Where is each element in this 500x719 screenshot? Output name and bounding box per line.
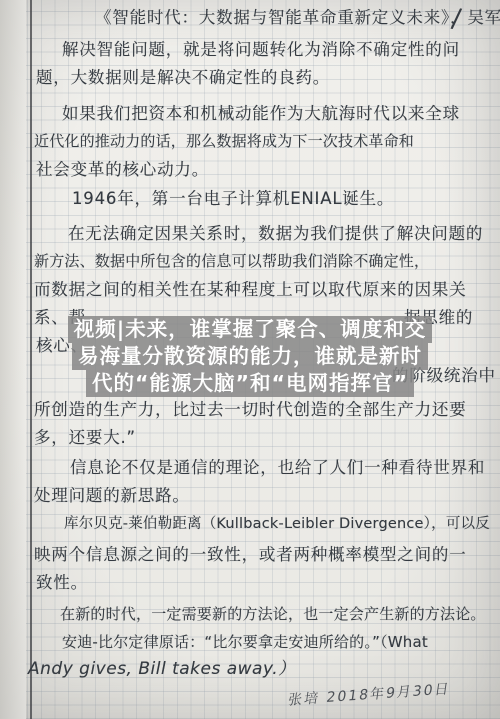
handwritten-line: 社会变革的核心动力。 bbox=[36, 160, 209, 180]
handwritten-line: 信息论不仅是通信的理论，也给了人们一种看待世界和 bbox=[70, 458, 485, 478]
handwritten-line: 致性。 bbox=[36, 573, 88, 593]
handwritten-line: 所创造的生产力，比过去一切时代创造的全部生产力还要 bbox=[34, 400, 467, 420]
handwritten-line: 多，还要大.” bbox=[34, 428, 136, 448]
handwritten-line: 新方法、数据中所包含的信息可以帮助我们消除不确定性， bbox=[34, 252, 429, 270]
notebook-page-photo: 《智能时代：大数据与智能革命重新定义未来》，吴军 / 解决智能问题，就是将问题转… bbox=[0, 0, 500, 719]
handwritten-line: 处理问题的新思路。 bbox=[34, 486, 190, 506]
signature: 张培 2018年9月30日 bbox=[287, 678, 452, 710]
video-caption-overlay: 视频|未来，谁掌握了聚合、调度和交 易海量分散资源的能力，谁就是新时 代的“能源… bbox=[0, 316, 500, 397]
caption-line: 代的“能源大脑”和“电网指挥官” bbox=[86, 370, 414, 397]
caption-line: 视频|未来，谁掌握了聚合、调度和交 bbox=[68, 316, 433, 343]
handwritten-line: 安迪-比尔定律原话：“比尔要拿走安迪所给的。”（What bbox=[62, 633, 428, 651]
handwritten-line: 如果我们把资本和机械动能作为大航海时代以来全球 bbox=[62, 104, 460, 124]
handwritten-line: 在新的时代，一定需要新的方法论，也一定会产生新的方法论。 bbox=[60, 605, 486, 623]
handwritten-line: 解决智能问题，就是将问题转化为消除不确定性的问 bbox=[62, 40, 460, 60]
handwritten-line: 近代化的推动力的话，那么数据将成为下一次技术革命和 bbox=[34, 132, 414, 150]
handwritten-line: 题，大数据则是解决不确定性的良药。 bbox=[36, 68, 330, 88]
handwritten-line: 《智能时代：大数据与智能革命重新定义未来》，吴军 bbox=[95, 8, 500, 28]
handwritten-line: 映两个信息源之间的一致性，或者两种概率模型之间的一 bbox=[34, 545, 467, 565]
caption-line: 易海量分散资源的能力，谁就是新时 bbox=[72, 343, 428, 370]
handwritten-line: 库尔贝克-莱伯勒距离（Kullback-Leibler Divergence），… bbox=[64, 516, 490, 533]
handwritten-line: 而数据之间的相关性在某种程度上可以取代原来的因果关 bbox=[34, 280, 467, 300]
handwritten-line: Andy gives, Bill takes away.） bbox=[28, 659, 296, 679]
handwritten-line: 在无法确定因果关系时，数据为我们提供了解决问题的 bbox=[68, 224, 483, 244]
handwritten-line: 1946年，第一台电子计算机ENIAL诞生。 bbox=[72, 189, 394, 209]
